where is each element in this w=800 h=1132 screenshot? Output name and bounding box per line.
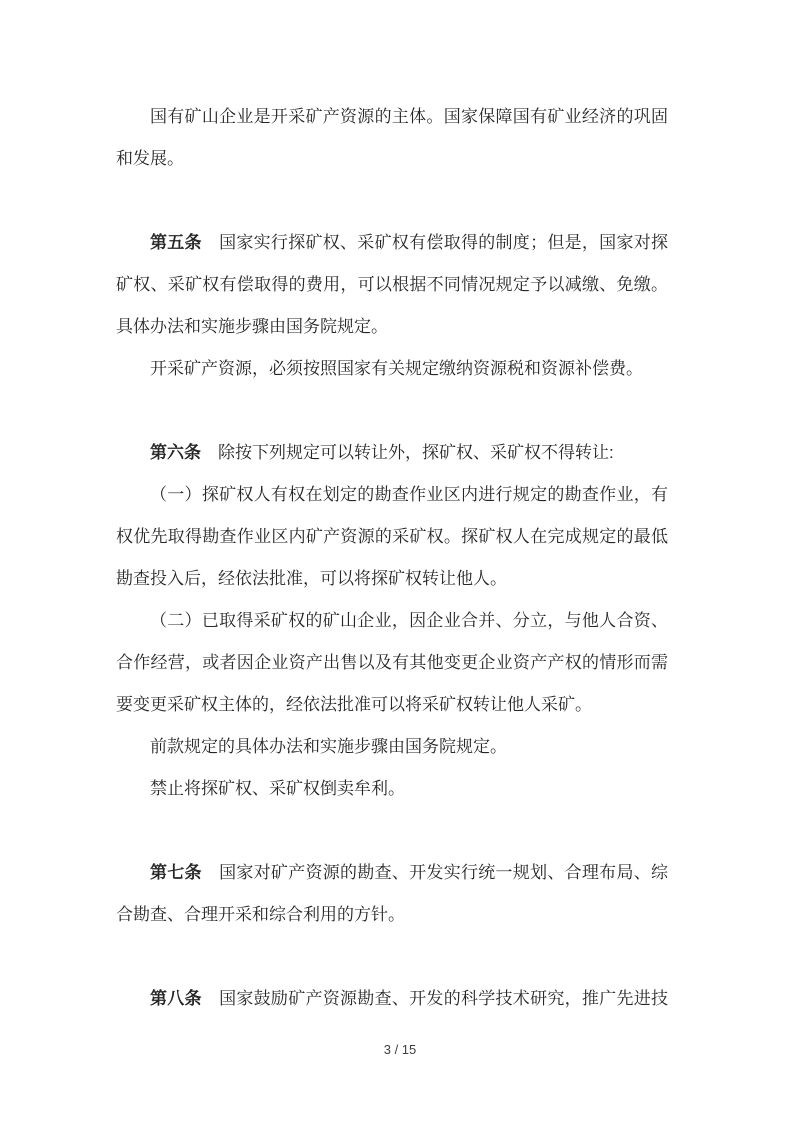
blank-line <box>116 810 668 852</box>
article-number-label: 第八条 <box>150 989 202 1008</box>
document-page: 国有矿山企业是开采矿产资源的主体。国家保障国有矿业经济的巩固 和发展。 第五条 … <box>0 0 800 1132</box>
line-text: 国家鼓励矿产资源勘查、开发的科学技术研究，推广先进技 <box>202 989 668 1008</box>
blank-line <box>116 390 668 432</box>
text-line: 具体办法和实施步骤由国务院规定。 <box>116 306 668 348</box>
text-line: 国有矿山企业是开采矿产资源的主体。国家保障国有矿业经济的巩固 <box>116 96 668 138</box>
text-line: 和发展。 <box>116 138 668 180</box>
text-line: 开采矿产资源，必须按照国家有关规定缴纳资源税和资源补偿费。 <box>116 348 668 390</box>
text-line: 第六条 除按下列规定可以转让外，探矿权、采矿权不得转让: <box>116 432 668 474</box>
article-number-label: 第六条 <box>150 443 201 462</box>
text-line: 勘查投入后，经依法批准，可以将探矿权转让他人。 <box>116 558 668 600</box>
text-line: 前款规定的具体办法和实施步骤由国务院规定。 <box>116 726 668 768</box>
text-line: 第八条 国家鼓励矿产资源勘查、开发的科学技术研究，推广先进技 <box>116 978 668 1020</box>
text-line: 禁止将探矿权、采矿权倒卖牟利。 <box>116 768 668 810</box>
text-line: （二）已取得采矿权的矿山企业，因企业合并、分立，与他人合资、 <box>116 600 668 642</box>
document-body: 国有矿山企业是开采矿产资源的主体。国家保障国有矿业经济的巩固 和发展。 第五条 … <box>116 96 668 1020</box>
line-text: 国家实行探矿权、采矿权有偿取得的制度；但是，国家对探 <box>202 233 668 252</box>
blank-line <box>116 936 668 978</box>
blank-line <box>116 180 668 222</box>
text-line: 矿权、采矿权有偿取得的费用，可以根据不同情况规定予以减缴、免缴。 <box>116 264 668 306</box>
text-line: 权优先取得勘查作业区内矿产资源的采矿权。探矿权人在完成规定的最低 <box>116 516 668 558</box>
line-text: 国家对矿产资源的勘查、开发实行统一规划、合理布局、综 <box>202 863 668 882</box>
text-line: 合作经营，或者因企业资产出售以及有其他变更企业资产产权的情形而需 <box>116 642 668 684</box>
text-line: 合勘查、合理开采和综合利用的方针。 <box>116 894 668 936</box>
article-number-label: 第五条 <box>150 233 202 252</box>
text-line: 第五条 国家实行探矿权、采矿权有偿取得的制度；但是，国家对探 <box>116 222 668 264</box>
text-line: 第七条 国家对矿产资源的勘查、开发实行统一规划、合理布局、综 <box>116 852 668 894</box>
page-number-indicator: 3 / 15 <box>0 1040 800 1060</box>
line-text: 除按下列规定可以转让外，探矿权、采矿权不得转让: <box>201 443 614 462</box>
text-line: 要变更采矿权主体的，经依法批准可以将采矿权转让他人采矿。 <box>116 684 668 726</box>
article-number-label: 第七条 <box>150 863 202 882</box>
text-line: （一）探矿权人有权在划定的勘查作业区内进行规定的勘查作业，有 <box>116 474 668 516</box>
